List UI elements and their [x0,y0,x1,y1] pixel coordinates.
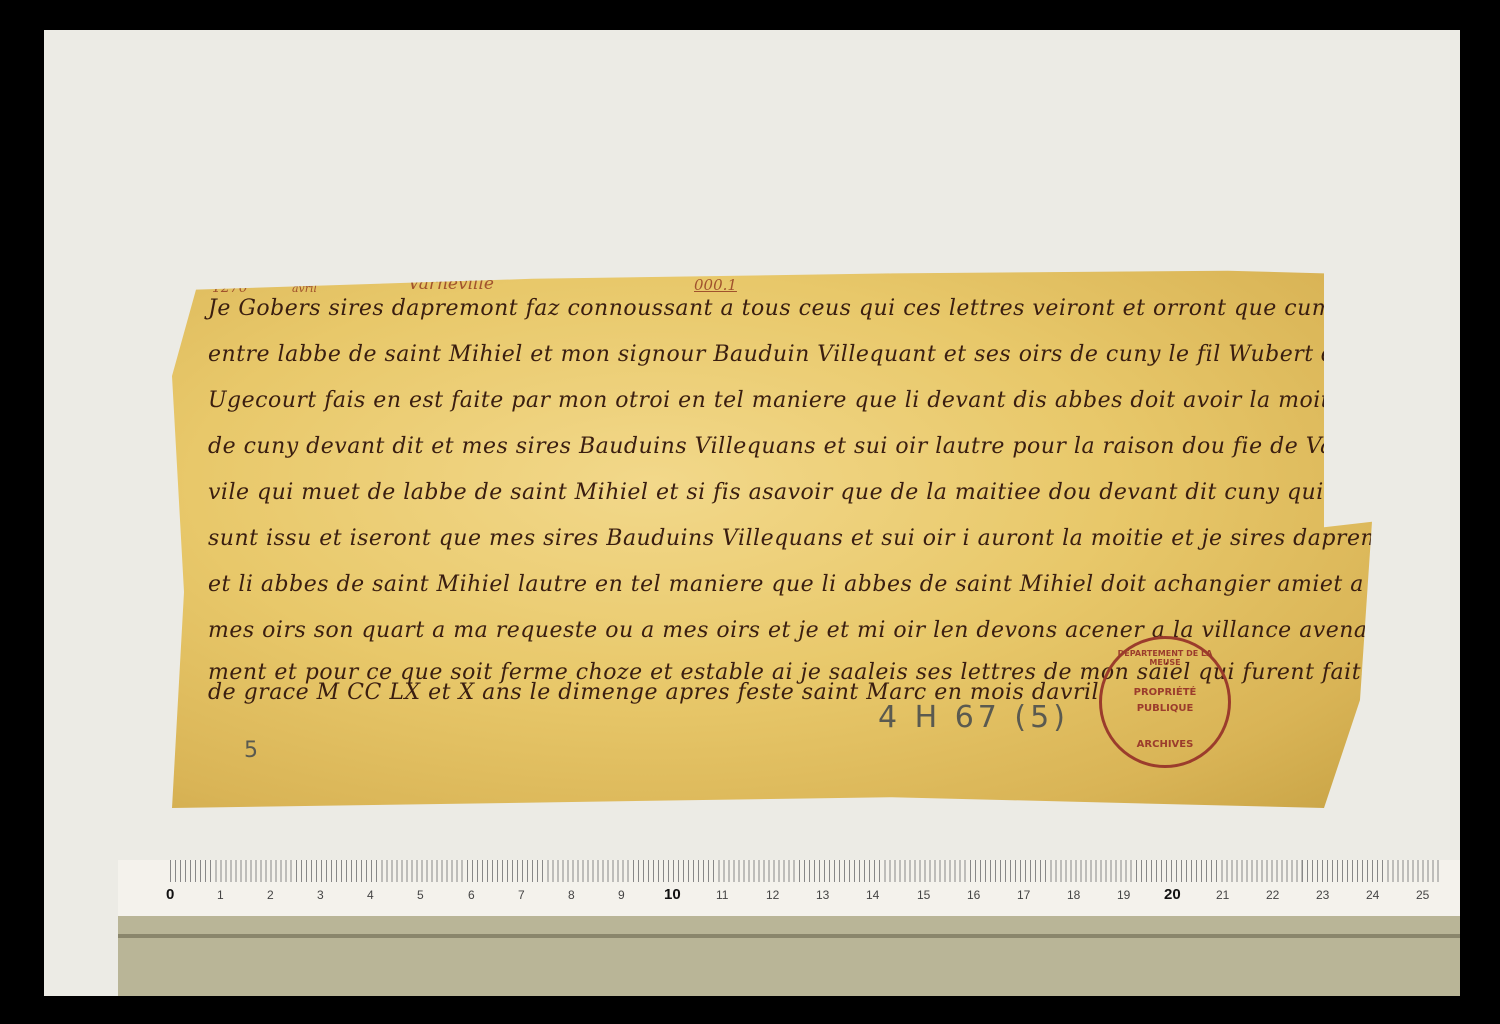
ruler-label-9: 9 [618,888,625,902]
archives-stamp: DÉPARTEMENT DE LA MEUSE PROPRIÉTÉ PUBLIQ… [1099,636,1231,768]
manuscript-line-2: entre labbe de saint Mihiel et mon signo… [208,342,1349,367]
ruler-label-25: 25 [1416,888,1429,902]
ruler-label-1: 1 [217,888,224,902]
manuscript-line-7: et li abbes de saint Mihiel lautre en te… [208,572,1364,597]
ruler-label-15: 15 [917,888,930,902]
ruler-label-18: 18 [1067,888,1080,902]
stamp-center-line1: PROPRIÉTÉ [1102,687,1228,698]
manuscript-line-6: sunt issu et iseront que mes sires Baudu… [208,526,1420,551]
ruler-label-12: 12 [766,888,779,902]
ruler-label-20: 20 [1164,886,1181,903]
ruler-label-22: 22 [1266,888,1279,902]
manuscript-line-8: mes oirs son quart a ma requeste ou a me… [208,618,1382,643]
ruler-label-16: 16 [967,888,980,902]
ruler-label-2: 2 [267,888,274,902]
shelfmark-annotation: 4 H 67 (5) [878,700,1069,735]
stamp-ring-text: DÉPARTEMENT DE LA MEUSE [1102,649,1228,667]
ruler-label-3: 3 [317,888,324,902]
manuscript-line-3: Ugecourt fais en est faite par mon otroi… [208,388,1351,413]
ruler-label-14: 14 [866,888,879,902]
ruler-scale: 0 1 2 3 4 5 6 7 8 9 10 11 12 13 14 15 16… [118,860,1460,916]
item-number-annotation: 5 [244,738,258,763]
ruler-ticks [170,860,1440,882]
ruler-rail [118,934,1460,938]
ruler-label-11: 11 [716,888,728,902]
ruler-label-19: 19 [1117,888,1130,902]
manuscript-line-1: Je Gobers sires dapremont faz connoussan… [208,296,1475,321]
ruler-label-24: 24 [1366,888,1379,902]
ruler-label-5: 5 [417,888,424,902]
manuscript-line-4: de cuny devant dit et mes sires Bauduins… [208,434,1373,459]
ruler-label-21: 21 [1216,888,1229,902]
ruler-label-13: 13 [816,888,829,902]
folio-annotation: 000.1 [694,276,737,294]
ruler-label-23: 23 [1316,888,1329,902]
ruler-label-6: 6 [468,888,475,902]
ruler-label-7: 7 [518,888,525,902]
ruler-label-0: 0 [166,886,174,903]
stamp-center-line2: PUBLIQUE [1102,703,1228,714]
ruler-label-17: 17 [1017,888,1030,902]
ruler-label-8: 8 [568,888,575,902]
manuscript-line-5: vile qui muet de labbe de saint Mihiel e… [208,480,1324,505]
ruler-label-10: 10 [664,886,681,903]
stamp-bottom-text: ARCHIVES [1102,739,1228,750]
parchment-charter: 1270 avril Varneville 000.1 Je Gobers si… [172,268,1372,808]
measuring-ruler: 0 1 2 3 4 5 6 7 8 9 10 11 12 13 14 15 16… [118,860,1460,996]
ruler-label-4: 4 [367,888,374,902]
